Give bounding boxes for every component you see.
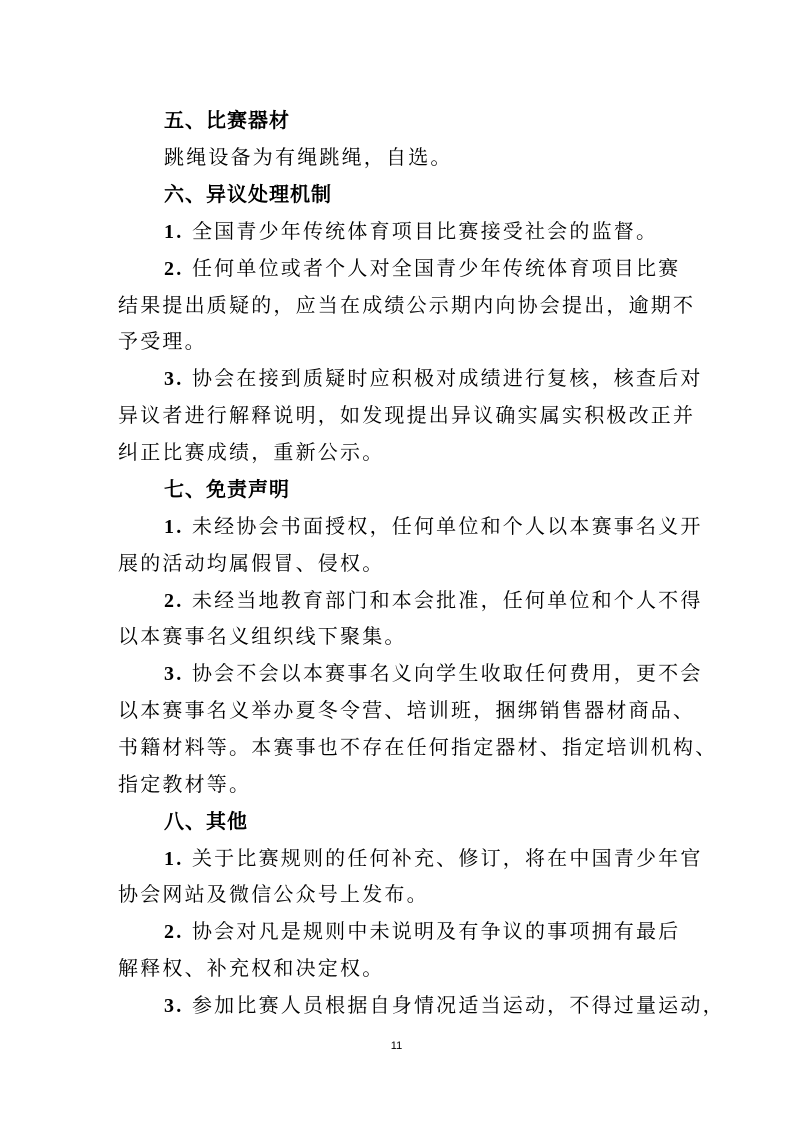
- paragraph-continuation: 以本赛事名义举办夏冬令营、培训班，捆绑销售器材商品、: [118, 698, 638, 722]
- item-text: 未经当地教育部门和本会批准，任何单位和个人不得: [183, 588, 702, 612]
- list-item: 3. 协会不会以本赛事名义向学生收取任何费用，更不会: [164, 661, 684, 686]
- section-heading: 八、其他: [164, 809, 684, 833]
- body-paragraph: 跳绳设备为有绳跳绳，自选。: [164, 145, 684, 169]
- page-number: 11: [0, 1040, 793, 1052]
- paragraph-continuation: 结果提出质疑的，应当在成绩公示期内向协会提出，逾期不: [118, 293, 638, 317]
- item-text: 协会对凡是规则中未说明及有争议的事项拥有最后: [183, 919, 680, 943]
- paragraph-continuation: 解释权、补充权和决定权。: [118, 956, 638, 980]
- section-heading: 五、比赛器材: [164, 108, 684, 132]
- document-page: 五、比赛器材跳绳设备为有绳跳绳，自选。六、异议处理机制1. 全国青少年传统体育项…: [0, 0, 793, 1122]
- item-text: 协会在接到质疑时应积极对成绩进行复核，核查后对: [183, 366, 702, 390]
- list-item: 3. 参加比赛人员根据自身情况适当运动，不得过量运动，: [164, 993, 684, 1018]
- list-item: 1. 关于比赛规则的任何补充、修订，将在中国青少年官: [164, 846, 684, 871]
- list-item: 2. 未经当地教育部门和本会批准，任何单位和个人不得: [164, 588, 684, 613]
- paragraph-continuation: 予受理。: [118, 329, 638, 353]
- item-text: 全国青少年传统体育项目比赛接受社会的监督。: [183, 219, 658, 243]
- item-number: 2.: [164, 590, 183, 612]
- list-item: 2. 任何单位或者个人对全国青少年传统体育项目比赛: [164, 256, 684, 281]
- item-number: 2.: [164, 258, 183, 280]
- paragraph-continuation: 展的活动均属假冒、侵权。: [118, 551, 638, 575]
- list-item: 3. 协会在接到质疑时应积极对成绩进行复核，核查后对: [164, 366, 684, 391]
- list-item: 2. 协会对凡是规则中未说明及有争议的事项拥有最后: [164, 919, 684, 944]
- list-item: 1. 未经协会书面授权，任何单位和个人以本赛事名义开: [164, 514, 684, 539]
- paragraph-continuation: 异议者进行解释说明，如发现提出异议确实属实积极改正并: [118, 403, 638, 427]
- item-number: 1.: [164, 516, 183, 538]
- item-text: 未经协会书面授权，任何单位和个人以本赛事名义开: [183, 514, 702, 538]
- paragraph-continuation: 协会网站及微信公众号上发布。: [118, 882, 638, 906]
- paragraph-continuation: 纠正比赛成绩，重新公示。: [118, 440, 638, 464]
- section-heading: 七、免责声明: [164, 477, 684, 501]
- list-item: 1. 全国青少年传统体育项目比赛接受社会的监督。: [164, 219, 684, 244]
- item-text: 关于比赛规则的任何补充、修订，将在中国青少年官: [183, 846, 702, 870]
- item-text: 参加比赛人员根据自身情况适当运动，不得过量运动，: [183, 993, 724, 1017]
- item-number: 1.: [164, 221, 183, 243]
- paragraph-continuation: 指定教材等。: [118, 772, 638, 796]
- item-number: 2.: [164, 921, 183, 943]
- section-heading: 六、异议处理机制: [164, 182, 684, 206]
- paragraph-continuation: 书籍材料等。本赛事也不存在任何指定器材、指定培训机构、: [118, 735, 638, 759]
- item-number: 3.: [164, 995, 183, 1017]
- paragraph-continuation: 以本赛事名义组织线下聚集。: [118, 624, 638, 648]
- item-text: 任何单位或者个人对全国青少年传统体育项目比赛: [183, 256, 680, 280]
- item-number: 1.: [164, 848, 183, 870]
- item-number: 3.: [164, 368, 183, 390]
- item-text: 协会不会以本赛事名义向学生收取任何费用，更不会: [183, 661, 702, 685]
- item-number: 3.: [164, 663, 183, 685]
